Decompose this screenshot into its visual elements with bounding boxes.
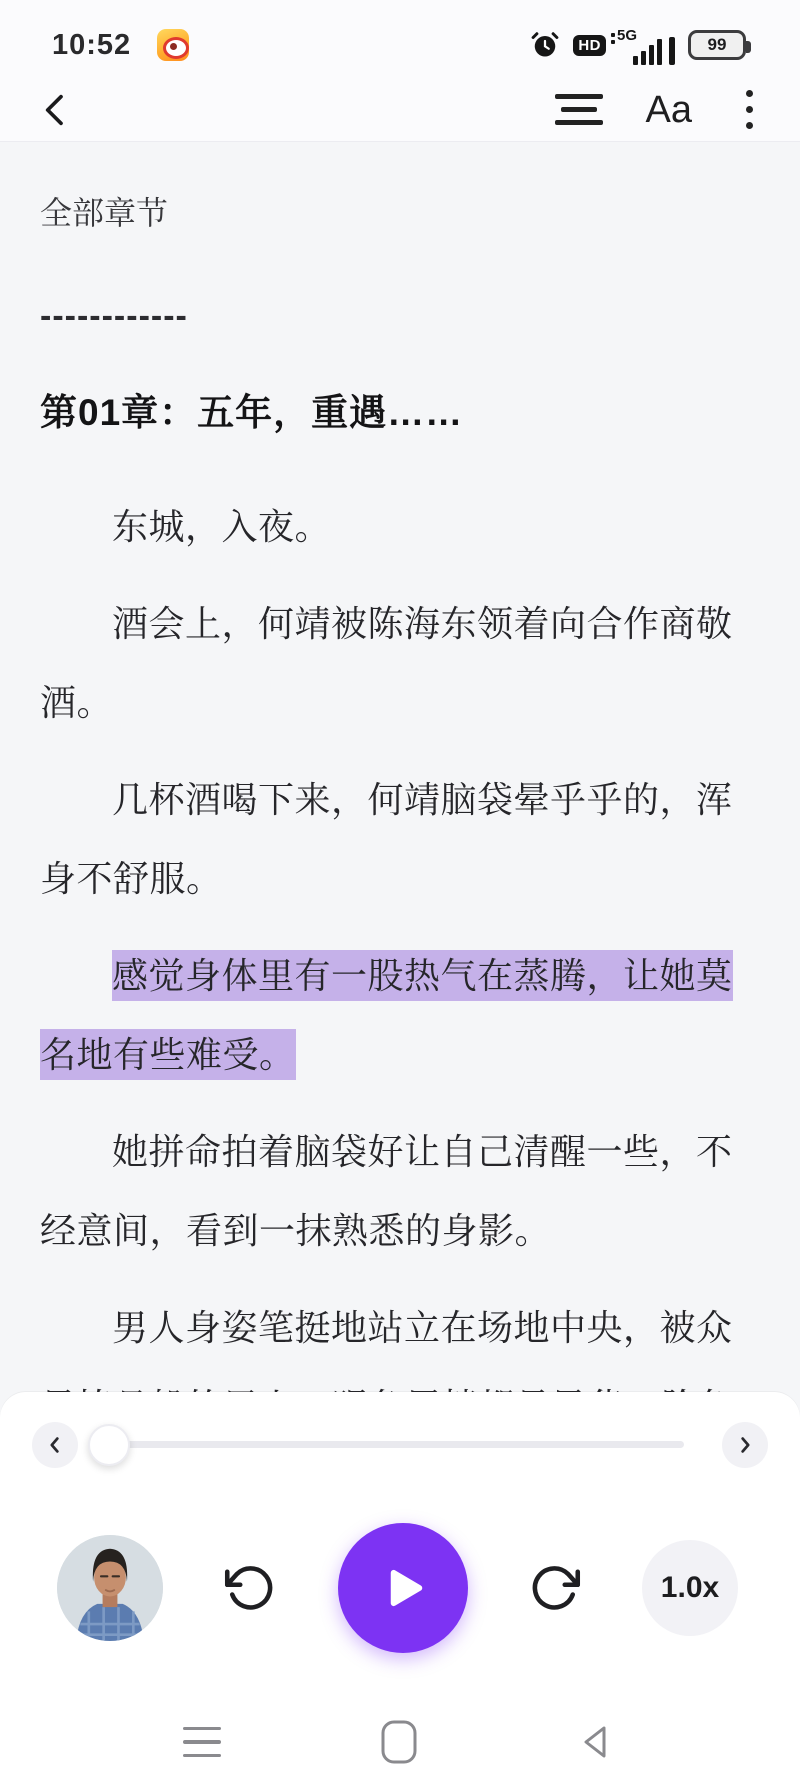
chapter-body: 东城，入夜。酒会上，何靖被陈海东领着向合作商敬酒。几杯酒喝下来，何靖脑袋晕乎乎的… [40, 487, 762, 1525]
hd-badge: HD [573, 35, 606, 56]
status-icons: HD 5G 99 [530, 25, 746, 65]
section-title: 全部章节 [40, 190, 762, 236]
paragraph: 她拼命拍着脑袋好让自己清醒一些，不经意间，看到一抹熟悉的身影。 [40, 1112, 762, 1270]
paragraph-text: 东城，入夜。 [112, 506, 331, 547]
sim-dots [611, 33, 615, 44]
play-icon [375, 1560, 431, 1616]
progress-row [0, 1398, 800, 1492]
rewind-icon [224, 1562, 276, 1614]
speed-button[interactable]: 1.0x [642, 1540, 738, 1636]
rewind-button[interactable] [224, 1562, 276, 1614]
progress-slider[interactable] [78, 1415, 722, 1475]
slider-track[interactable] [100, 1441, 684, 1448]
more-icon [734, 90, 764, 129]
recents-icon [183, 1727, 221, 1758]
chapter-list-button[interactable] [554, 94, 604, 125]
nav-actions: Aa [554, 90, 764, 129]
voice-avatar[interactable] [57, 1535, 163, 1641]
nav-bar: Aa [0, 78, 800, 142]
back-nav-button[interactable] [577, 1722, 617, 1762]
back-nav-icon [577, 1722, 617, 1762]
battery-level: 99 [708, 35, 727, 55]
home-icon [377, 1719, 421, 1765]
system-nav [0, 1696, 800, 1788]
paragraph: 酒会上，何靖被陈海东领着向合作商敬酒。 [40, 584, 762, 742]
slider-thumb[interactable] [88, 1424, 130, 1466]
paragraph: 东城，入夜。 [40, 487, 762, 566]
chapter-list-icon [554, 94, 604, 125]
network-label: 5G [617, 27, 637, 44]
more-options-button[interactable] [734, 90, 764, 129]
back-icon [36, 88, 76, 132]
narrator-photo [57, 1535, 163, 1641]
play-button[interactable] [338, 1523, 468, 1653]
next-icon [734, 1434, 756, 1456]
font-settings-button[interactable]: Aa [646, 91, 692, 129]
player-panel: 1.0x [0, 1392, 800, 1788]
chapter-title: 第01章：五年，重遇…… [40, 385, 762, 441]
prev-icon [44, 1434, 66, 1456]
battery-icon: 99 [688, 30, 746, 60]
forward-icon [529, 1562, 581, 1614]
weibo-app-icon [157, 29, 189, 61]
paragraph-text: 酒会上，何靖被陈海东领着向合作商敬酒。 [40, 603, 733, 723]
status-bar: 10:52 HD 5G 99 [0, 0, 800, 78]
dashed-separator: ------------ [40, 296, 762, 336]
alarm-icon [530, 30, 560, 60]
clock-time: 10:52 [52, 29, 131, 62]
paragraph: 几杯酒喝下来，何靖脑袋晕乎乎的，浑身不舒服。 [40, 760, 762, 918]
paragraph-text: 她拼命拍着脑袋好让自己清醒一些，不经意间，看到一抹熟悉的身影。 [40, 1131, 733, 1251]
signal-bar-2 [669, 37, 675, 65]
back-button[interactable] [36, 88, 76, 132]
reading-area: 全部章节 ------------ 第01章：五年，重遇…… 东城，入夜。酒会上… [0, 190, 800, 1525]
player-controls: 1.0x [0, 1518, 800, 1658]
prev-chapter-button[interactable] [32, 1422, 78, 1468]
reader-screen: 10:52 HD 5G 99 [0, 0, 800, 1788]
forward-button[interactable] [529, 1562, 581, 1614]
signal-icon: 5G [619, 25, 675, 65]
paragraph-text: 几杯酒喝下来，何靖脑袋晕乎乎的，浑身不舒服。 [40, 779, 733, 899]
recents-button[interactable] [183, 1727, 221, 1758]
next-chapter-button[interactable] [722, 1422, 768, 1468]
paragraph: 感觉身体里有一股热气在蒸腾，让她莫名地有些难受。 [40, 936, 762, 1094]
home-button[interactable] [377, 1719, 421, 1765]
signal-bars [633, 39, 662, 65]
font-settings-label: Aa [646, 91, 692, 129]
paragraph-text: 感觉身体里有一股热气在蒸腾，让她莫名地有些难受。 [40, 950, 733, 1080]
